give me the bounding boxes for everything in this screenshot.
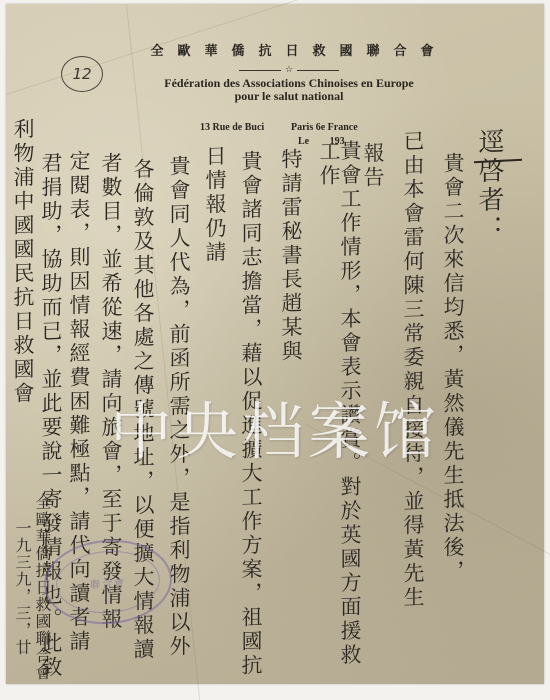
- letter-column-7: 日情報仍請: [204, 145, 225, 266]
- letter-column-5: 特請雷秘書長趙某與: [280, 148, 301, 365]
- stamp-inner-ring: 聯合會: [54, 547, 162, 616]
- divider-line: [297, 70, 339, 71]
- letterhead-french-name-line2: pour le salut national: [40, 90, 538, 103]
- letter-column-13: 利物浦中國國民抗日救國會: [12, 118, 33, 407]
- letterhead-divider: ☆: [40, 65, 538, 75]
- signature-date: 一九三九，三，廿: [14, 520, 30, 657]
- address-city: Paris 6e France: [291, 122, 358, 133]
- page-number-circle: 12: [61, 56, 103, 92]
- archive-watermark: 中央档案馆: [110, 382, 440, 471]
- letterhead-chinese-name: 全歐華僑抗日救國聯合會: [60, 40, 538, 59]
- address-street: 13 Rue de Buci: [200, 122, 264, 133]
- letter-column-1: 貴會二次來信均悉，黃然儀先生抵法後，: [442, 152, 463, 585]
- letter-salutation: 逕啓者：: [476, 128, 502, 245]
- letter-column-2: 已由本會雷何陳三常委親自接待，並得黃先生: [402, 130, 423, 611]
- letter-column-3: 報告: [362, 142, 383, 191]
- stamp-text: 聯合會: [90, 573, 127, 590]
- star-icon: ☆: [285, 65, 293, 75]
- date-label: Le: [298, 136, 309, 147]
- divider-line: [239, 70, 281, 71]
